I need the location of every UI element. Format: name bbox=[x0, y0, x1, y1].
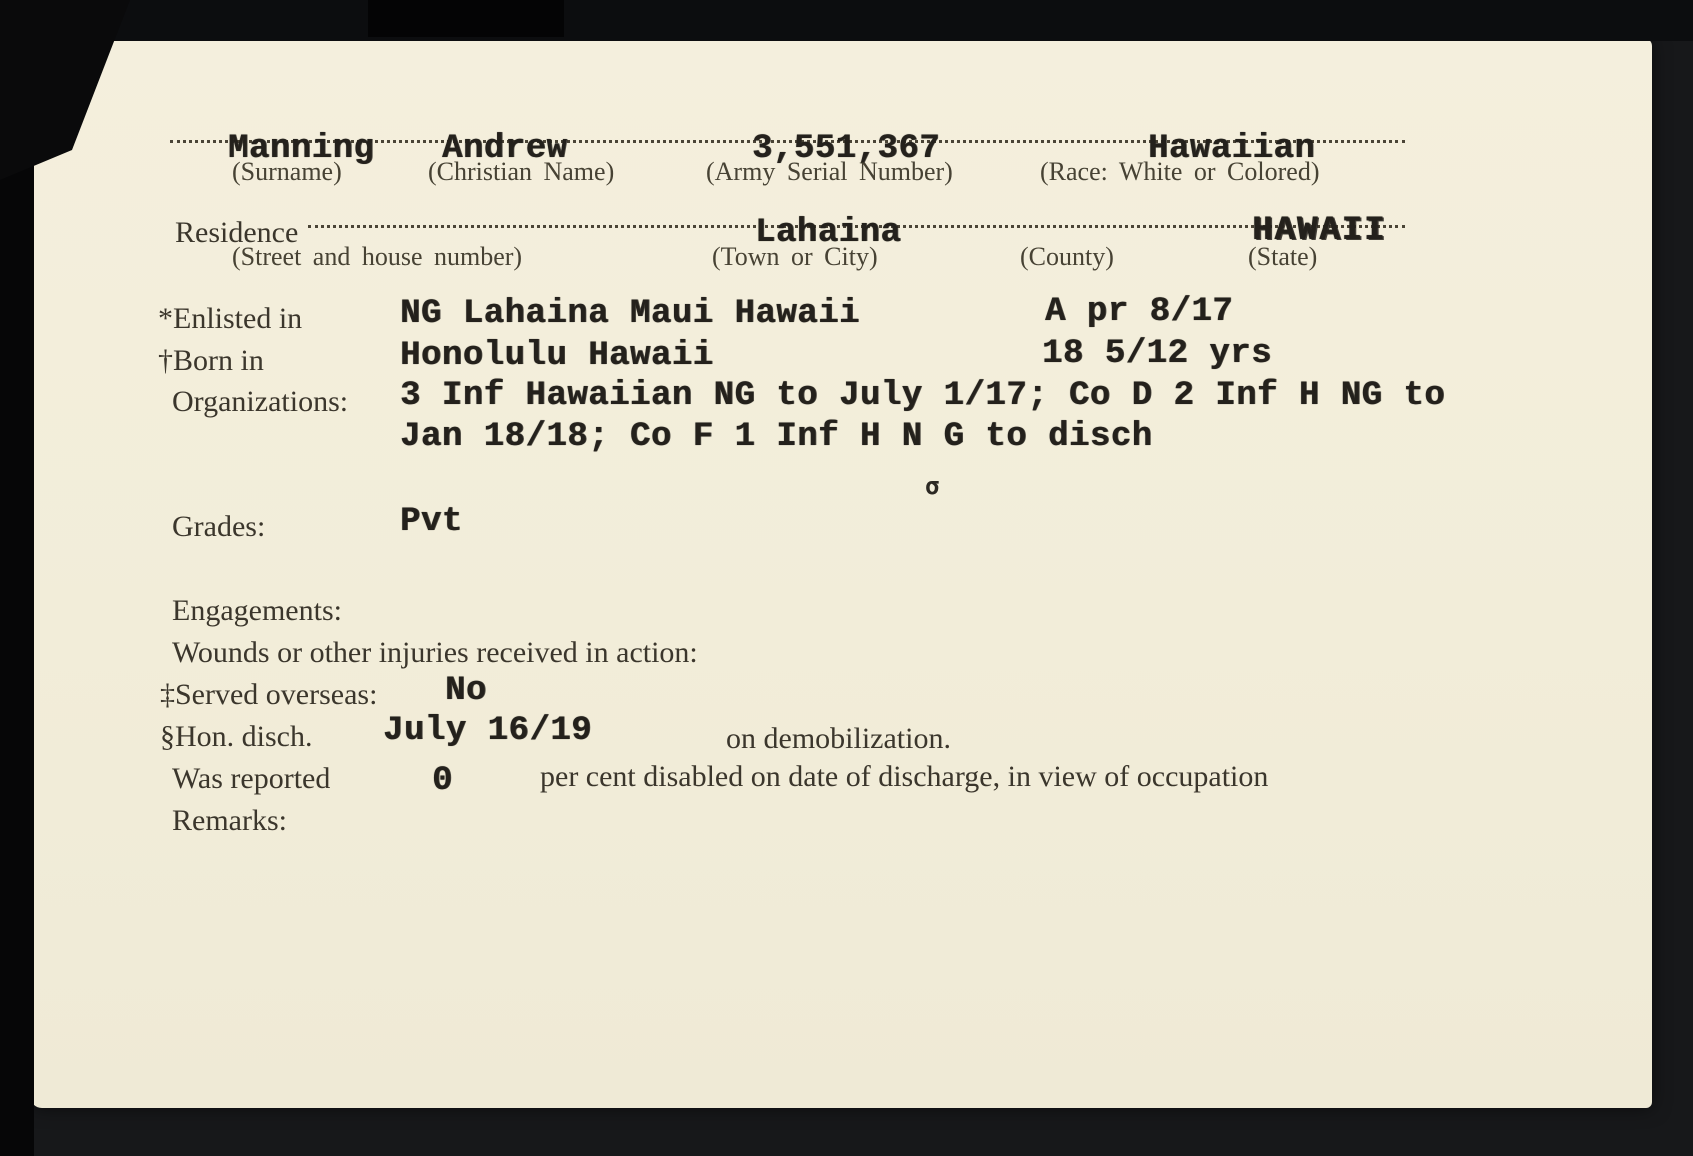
discharge-note: on demobilization. bbox=[726, 722, 951, 755]
grades-value: Pvt bbox=[400, 505, 463, 539]
service-record-card bbox=[30, 38, 1652, 1108]
percent-disabled-value: 0 bbox=[432, 764, 453, 798]
was-reported-label: Was reported bbox=[172, 762, 330, 795]
age-value: 18 5/12 yrs bbox=[1042, 337, 1272, 371]
honorable-discharge-label: §Hon. disch. bbox=[160, 720, 313, 753]
surname-label: (Surname) bbox=[232, 158, 342, 187]
organizations-line2: Jan 18/18; Co F 1 Inf H N G to disch bbox=[400, 420, 1153, 454]
organizations-line1: 3 Inf Hawaiian NG to July 1/17; Co D 2 I… bbox=[400, 379, 1445, 413]
christian-name-label: (Christian Name) bbox=[428, 158, 614, 187]
street-label: (Street and house number) bbox=[232, 243, 522, 272]
served-overseas-label: ‡Served overseas: bbox=[160, 678, 377, 711]
percent-disabled-note: per cent disabled on date of discharge, … bbox=[540, 760, 1268, 793]
born-in-label: †Born in bbox=[158, 344, 264, 377]
organizations-label: Organizations: bbox=[172, 385, 348, 418]
race-label: (Race: White or Colored) bbox=[1040, 158, 1319, 187]
wounds-label: Wounds or other injuries received in act… bbox=[172, 636, 698, 669]
grades-label: Grades: bbox=[172, 510, 265, 543]
scan-top-shadow bbox=[0, 0, 1693, 41]
stray-ink-mark: σ bbox=[925, 472, 939, 500]
army-serial-number-label: (Army Serial Number) bbox=[706, 158, 953, 187]
town-label: (Town or City) bbox=[712, 243, 878, 272]
scanned-page: Manning Andrew 3,551,367 Hawaiian (Surna… bbox=[0, 0, 1693, 1156]
remarks-label: Remarks: bbox=[172, 804, 287, 837]
born-in-value: Honolulu Hawaii bbox=[400, 339, 714, 373]
state-label: (State) bbox=[1248, 243, 1317, 272]
scan-top-tab bbox=[368, 0, 564, 37]
served-overseas-value: No bbox=[445, 674, 487, 708]
engagements-label: Engagements: bbox=[172, 594, 342, 627]
enlisted-date-value: A pr 8/17 bbox=[1045, 295, 1233, 329]
discharge-date-value: July 16/19 bbox=[383, 714, 592, 748]
county-label: (County) bbox=[1020, 243, 1114, 272]
enlisted-in-value: NG Lahaina Maui Hawaii bbox=[400, 297, 860, 331]
enlisted-in-label: *Enlisted in bbox=[158, 302, 302, 335]
